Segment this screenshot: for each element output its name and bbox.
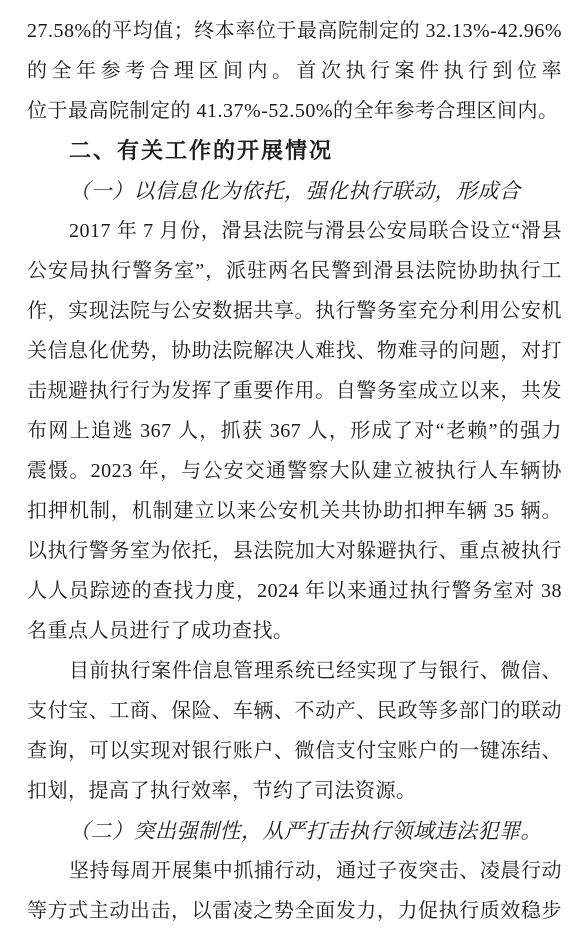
body-line: 等方式主动出击，以雷凌之势全面发力，力促执行质效稳步 [27, 891, 562, 931]
subsection-heading: （一）以信息化为依托，强化执行联动，形成合力。 [27, 171, 562, 211]
subsection-heading: （二）突出强制性，从严打击执行领域违法犯罪。 [27, 811, 562, 851]
body-line: 击规避执行行为发挥了重要作用。自警务室成立以来，共发 [27, 371, 562, 411]
body-line: 名重点人员进行了成功查找。 [27, 611, 562, 651]
body-line: 2017 年 7 月份，滑县法院与滑县公安局联合设立“滑县 [27, 211, 562, 251]
body-line: 查询，可以实现对银行账户、微信支付宝账户的一键冻结、 [27, 731, 562, 771]
body-line: 坚持每周开展集中抓捕行动，通过子夜突击、凌晨行动 [27, 851, 562, 891]
body-line: 作，实现法院与公安数据共享。执行警务室充分利用公安机 [27, 291, 562, 331]
body-line: 扣押机制，机制建立以来公安机关共协助扣押车辆 35 辆。 [27, 491, 562, 531]
body-line: 人人员踪迹的查找力度，2024 年以来通过执行警务室对 38 [27, 571, 562, 611]
body-line: 的全年参考合理区间内。首次执行案件执行到位率 49.52%， [27, 51, 562, 91]
body-line: 布网上追逃 367 人，抓获 367 人，形成了对“老赖”的强力 [27, 411, 562, 451]
body-line: 扣划，提高了执行效率，节约了司法资源。 [27, 771, 562, 811]
body-line: 支付宝、工商、保险、车辆、不动产、民政等多部门的联动 [27, 691, 562, 731]
body-line: 公安局执行警务室”，派驻两名民警到滑县法院协助执行工 [27, 251, 562, 291]
body-line: 以执行警务室为依托，县法院加大对躲避执行、重点被执行 [27, 531, 562, 571]
section-heading: 二、有关工作的开展情况 [27, 131, 562, 171]
body-line: 关信息化优势，协助法院解决人难找、物难寻的问题，对打 [27, 331, 562, 371]
body-line: 27.58%的平均值；终本率位于最高院制定的 32.13%-42.96% [27, 11, 562, 51]
document-page: 27.58%的平均值；终本率位于最高院制定的 32.13%-42.96% 的全年… [0, 0, 586, 938]
body-line: 目前执行案件信息管理系统已经实现了与银行、微信、 [27, 651, 562, 691]
body-line: 位于最高院制定的 41.37%-52.50%的全年参考合理区间内。 [27, 91, 562, 131]
body-line: 震慑。2023 年，与公安交通警察大队建立被执行人车辆协助 [27, 451, 562, 491]
